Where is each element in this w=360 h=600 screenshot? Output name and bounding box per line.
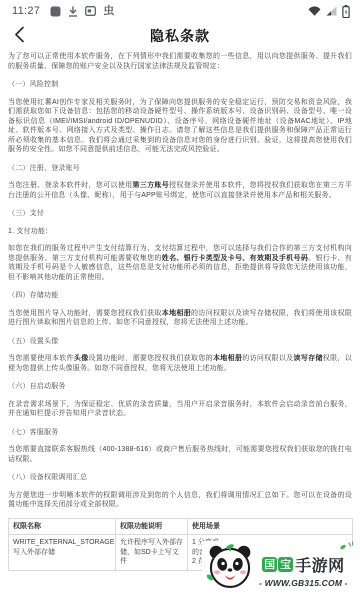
paragraph: 在录音需求场景下，为保证稳定、优质的录音质量，当用户开启录音服务时，本软件会启动…: [8, 400, 352, 419]
status-bar-system-icons: [308, 5, 350, 18]
panda-mascot: [204, 541, 256, 598]
section-heading: （八）设备权限调用汇总: [8, 473, 352, 483]
watermark-text: 国 宝 手游网 - WWW.GB315.COM -: [259, 553, 348, 588]
battery-icon: [342, 5, 350, 18]
paragraph: 当您需要使用本软件头像设置功能时，需要您授权我们获取您的本地相册的访问权限以及读…: [8, 354, 352, 373]
paragraph: 当您使用红薯AI创作专家及相关服务时，为了保障向您提供服务的安全稳定运行，预防交…: [8, 98, 352, 155]
brand-suffix: 手游网: [295, 553, 345, 576]
section-heading: （一）风险控制: [8, 80, 352, 90]
document-body: 为了您可以正常使用本软件服务，在下列情形中我们需要收集您的一些信息，用以向您提供…: [0, 49, 360, 510]
section-heading: （三）支付: [8, 209, 352, 219]
section-heading: （五）设置头像: [8, 337, 352, 347]
leaf-decoration-icon: [339, 541, 355, 553]
download-icon: [68, 6, 78, 17]
status-bar-notification-icons: 虫: [50, 6, 308, 17]
section-heading: （六）自启动服务: [8, 382, 352, 392]
section-heading: （二）注册、登录账号: [8, 164, 352, 174]
watermark-brand: 国 宝 手游网: [262, 553, 345, 576]
paragraph: 为方便您进一步明晰本软件的权限调用涉及到您的个人信息，我们将调用情况汇总如下。您…: [8, 491, 352, 510]
table-header-cell: 使用场景: [188, 518, 353, 535]
section-heading: （四）存储功能: [8, 291, 352, 301]
table-cell: 允许程序写入外部存储，如SD卡上写文件: [116, 535, 188, 571]
paragraph: 当您使用图片导入功能时，需要您授权我们获取本地相册的访问权限以及读写存储权限，我…: [8, 309, 352, 328]
table-header-cell: 权限功能说明: [116, 518, 188, 535]
paragraph: 当您注册、登录本软件时，您可以使用第三方账号授权登录并使用本软件，您将授权我们获…: [8, 181, 352, 200]
cellular-signal-icon: [326, 6, 337, 16]
paragraph: 当您需要直接联系客服热线（400-1388-616）或商户售后服务热线时，可能需…: [8, 445, 352, 464]
notification-square-icon: [50, 6, 61, 17]
table-header-cell: 权限名称: [9, 518, 116, 535]
watermark-url: - WWW.GB315.COM -: [259, 578, 348, 588]
bug-icon: 虫: [103, 6, 114, 17]
table-cell: WRITE_EXTERNAL_STORAGE 写入外部存储: [9, 535, 116, 571]
site-watermark: 国 宝 手游网 - WWW.GB315.COM -: [202, 541, 359, 597]
pip-icon: [85, 6, 96, 16]
paragraph: 1. 支付功能：: [8, 227, 352, 237]
table-header-row: 权限名称权限功能说明使用场景: [9, 518, 353, 535]
status-bar: 11:27 虫: [0, 0, 360, 22]
app-header: 隐私条款: [0, 22, 360, 49]
section-heading: （七）客服服务: [8, 428, 352, 438]
paragraph: 为了您可以正常使用本软件服务，在下列情形中我们需要收集您的一些信息，用以向您提供…: [8, 52, 352, 71]
back-button[interactable]: [9, 24, 29, 44]
brand-char-guo: 国: [262, 557, 277, 572]
clock: 11:27: [12, 5, 40, 17]
wifi-icon: [308, 6, 321, 16]
brand-char-bao: 宝: [278, 557, 293, 572]
paragraph: 如您在我们的服务过程中产生支付结算行为，支付结算过程中，您可以选择与我们合作的第…: [8, 244, 352, 282]
page-title: 隐私条款: [150, 26, 210, 46]
